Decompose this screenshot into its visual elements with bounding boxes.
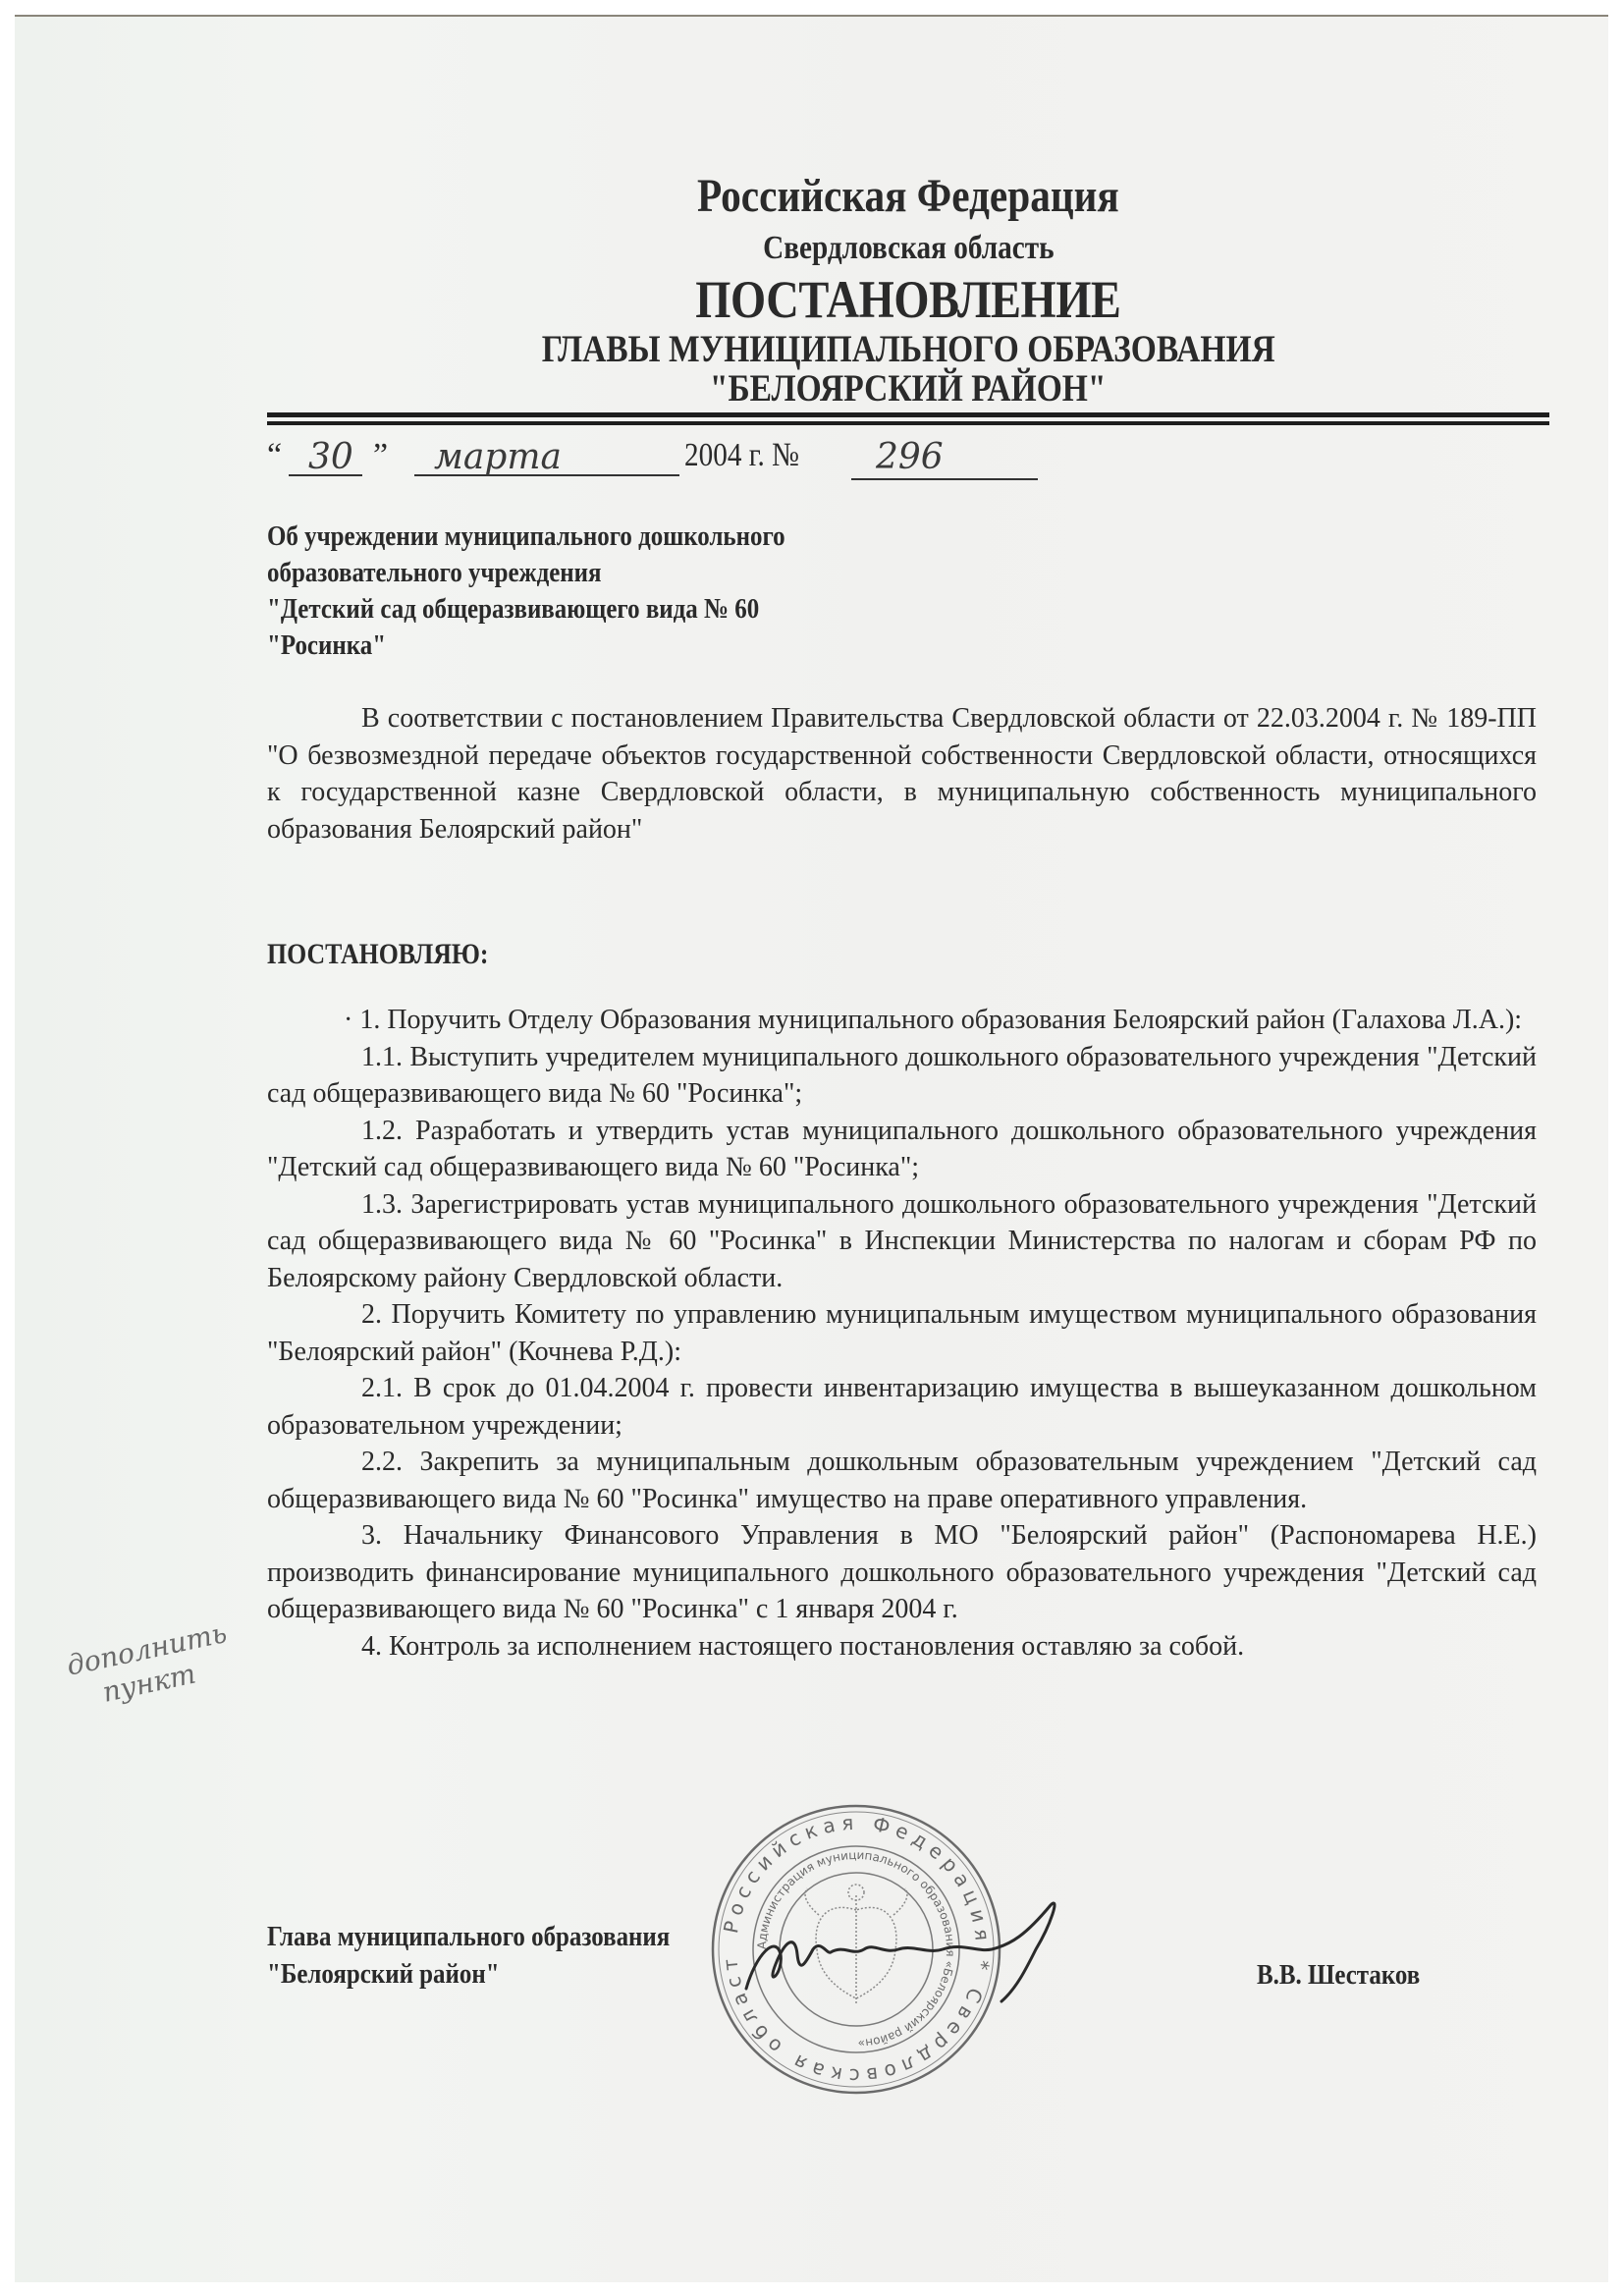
item-1-3: 1.3. Зарегистрировать устав муниципально… <box>267 1186 1537 1297</box>
header-issuer-line2: "БЕЛОЯРСКИЙ РАЙОН" <box>267 369 1549 408</box>
order-items: · 1. Поручить Отделу Образования муницип… <box>267 1002 1537 1665</box>
open-quote: “ <box>267 437 282 474</box>
subject-line: "Росинка" <box>267 628 870 664</box>
header-rule-bottom <box>267 421 1549 425</box>
header-country: Российская Федерация <box>267 173 1549 220</box>
header-rule-top <box>267 412 1549 417</box>
item-1-2: 1.2. Разработать и утвердить устав муниц… <box>267 1113 1537 1186</box>
item-3: 3. Начальнику Финансового Управления в М… <box>267 1517 1537 1628</box>
subject-block: Об учреждении муниципального дошкольного… <box>267 519 870 664</box>
preamble-text: В соответствии с постановлением Правител… <box>267 700 1537 847</box>
item-2-2: 2.2. Закрепить за муниципальным дошкольн… <box>267 1444 1537 1517</box>
item-1-1: 1.1. Выступить учредителем муниципальног… <box>267 1039 1537 1113</box>
number-handwritten: 296 <box>876 437 944 477</box>
header-issuer-line1: ГЛАВЫ МУНИЦИПАЛЬНОГО ОБРАЗОВАНИЯ <box>267 330 1549 368</box>
subject-line: образовательного учреждения <box>267 555 870 591</box>
day-handwritten: 30 <box>308 437 353 477</box>
item-2: 2. Поручить Комитету по управлению муниц… <box>267 1296 1537 1370</box>
order-heading: ПОСТАНОВЛЯЮ: <box>267 938 524 971</box>
header-region: Свердловская область <box>267 232 1549 265</box>
subject-line: "Детский сад общеразвивающего вида № 60 <box>267 591 870 628</box>
signature-icon <box>736 1895 1100 2003</box>
item-4: 4. Контроль за исполнением настоящего по… <box>267 1628 1537 1666</box>
item-1: · 1. Поручить Отделу Образования муницип… <box>267 1002 1537 1039</box>
preamble: В соответствии с постановлением Правител… <box>267 700 1537 847</box>
month-handwritten: марта <box>434 437 562 477</box>
signatory-name: В.В. Шестаков <box>1257 1959 1446 1992</box>
close-quote: ” <box>373 437 388 474</box>
signatory-title: Глава муниципального образования "Белояр… <box>267 1918 735 1993</box>
subject-line: Об учреждении муниципального дошкольного <box>267 519 870 555</box>
item-2-1: 2.1. В срок до 01.04.2004 г. провести ин… <box>267 1370 1537 1444</box>
header-doc-type: ПОСТАНОВЛЕНИЕ <box>267 273 1549 326</box>
